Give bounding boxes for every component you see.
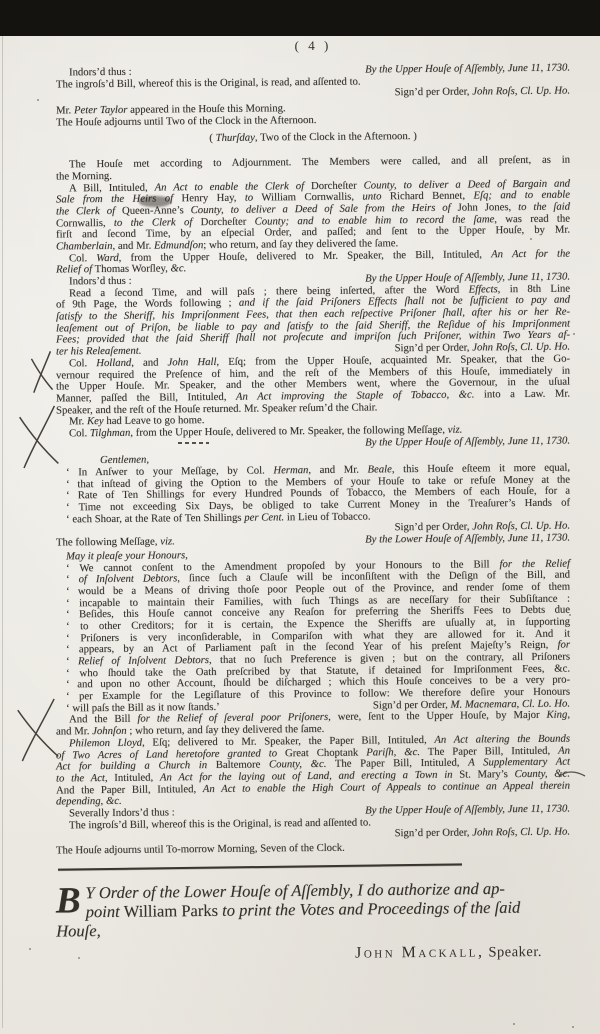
speaker-name: John Mackall, xyxy=(355,943,485,961)
speaker-title: Speaker. xyxy=(488,944,542,960)
handwritten-x-mark xyxy=(30,350,54,394)
scan-edge-top xyxy=(0,0,600,36)
text-line: The Houſe adjourns until To-morrow Morni… xyxy=(56,841,570,858)
speaker-signature: John Mackall, Speaker. xyxy=(56,942,570,964)
ink-speck xyxy=(573,333,575,335)
ink-speck xyxy=(572,1026,574,1028)
ink-speck xyxy=(37,99,39,101)
page-content: ( 4 ) Indors’d thus :By the Upper Houſe … xyxy=(56,38,570,963)
drop-cap: B xyxy=(56,883,86,917)
printer-authorization: B Y Order of the Lower Houſe of Aſſembly… xyxy=(56,878,537,940)
page-number: ( 4 ) xyxy=(56,36,570,56)
scanned-page: ( 4 ) Indors’d thus :By the Upper Houſe … xyxy=(0,0,600,1034)
ink-speck xyxy=(29,948,31,950)
text-line: ( Thurſday, Two of the Clock in the Afte… xyxy=(56,130,570,147)
body-text: Indors’d thus :By the Upper Houſe of Aſſ… xyxy=(56,65,570,855)
text-line: The Houſe adjourns until Two of the Cloc… xyxy=(56,112,570,129)
section-divider xyxy=(58,863,462,870)
handwritten-x-mark xyxy=(15,697,61,763)
ink-speck xyxy=(513,1023,515,1025)
handwritten-x-mark xyxy=(17,404,61,470)
scan-edge-left xyxy=(2,8,3,1028)
